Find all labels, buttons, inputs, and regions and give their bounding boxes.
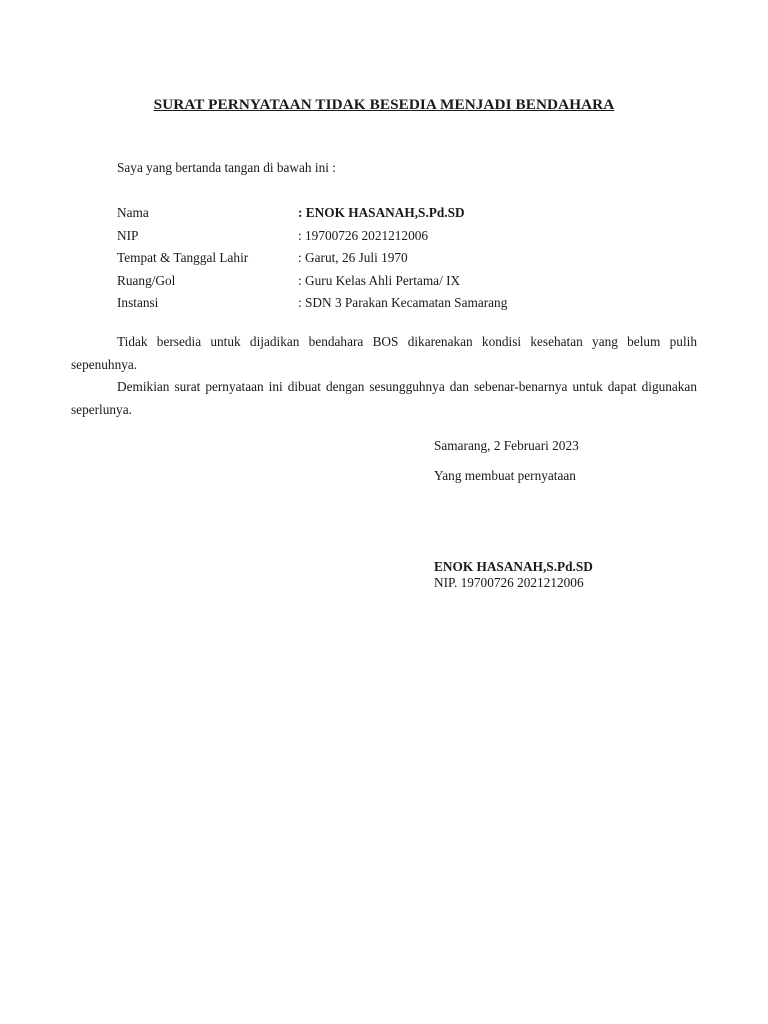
field-row-nama: Nama : ENOK HASANAH,S.Pd.SD [117,204,507,227]
field-value: : 19700726 2021212006 [298,227,428,250]
identity-fields: Nama : ENOK HASANAH,S.Pd.SD NIP : 197007… [117,204,507,317]
field-row-birth: Tempat & Tanggal Lahir : Garut, 26 Juli … [117,249,507,272]
field-value: : ENOK HASANAH,S.Pd.SD [298,204,465,227]
place-date: Samarang, 2 Februari 2023 [434,438,579,454]
paragraph-statement: Tidak bersedia untuk dijadikan bendahara… [71,331,697,376]
document-title: SURAT PERNYATAAN TIDAK BESEDIA MENJADI B… [0,96,768,114]
field-label: Tempat & Tanggal Lahir [117,249,298,272]
field-value: : Guru Kelas Ahli Pertama/ IX [298,272,460,295]
field-value: : SDN 3 Parakan Kecamatan Samarang [298,294,507,317]
signer-nip: NIP. 19700726 2021212006 [434,575,584,591]
intro-text: Saya yang bertanda tangan di bawah ini : [117,160,336,176]
paragraph-closing: Demikian surat pernyataan ini dibuat den… [71,376,697,421]
field-label: Nama [117,204,298,227]
signer-name: ENOK HASANAH,S.Pd.SD [434,559,593,575]
field-row-nip: NIP : 19700726 2021212006 [117,227,507,250]
field-label: NIP [117,227,298,250]
field-label: Ruang/Gol [117,272,298,295]
field-row-institution: Instansi : SDN 3 Parakan Kecamatan Samar… [117,294,507,317]
field-label: Instansi [117,294,298,317]
field-value: : Garut, 26 Juli 1970 [298,249,408,272]
maker-label: Yang membuat pernyataan [434,468,576,484]
field-row-rank: Ruang/Gol : Guru Kelas Ahli Pertama/ IX [117,272,507,295]
